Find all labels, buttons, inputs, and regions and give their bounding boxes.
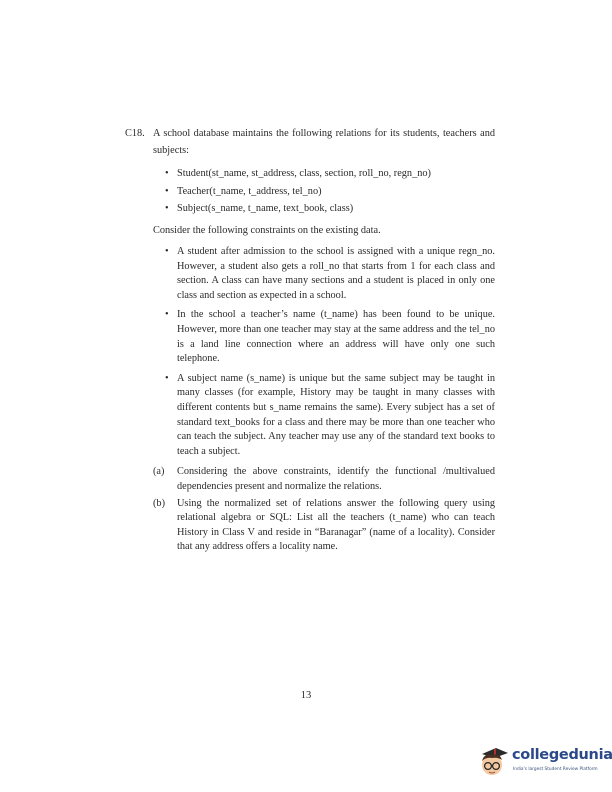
constraint-item: •A student after admission to the school… [165, 245, 495, 303]
brand-tagline: India's largest Student Review Platform [513, 767, 598, 772]
mascot-icon [478, 745, 510, 777]
constraints-list: •A student after admission to the school… [165, 245, 495, 459]
brand-name: collegedunia [512, 747, 612, 763]
bullet-icon: • [165, 308, 169, 323]
document-page: C18. A school database maintains the fol… [0, 0, 612, 792]
page-number: 13 [0, 690, 612, 701]
part-a: (a)Considering the above constraints, id… [153, 465, 495, 494]
constraints-heading: Consider the following constraints on th… [153, 222, 495, 239]
bullet-icon: • [165, 372, 169, 387]
constraint-item: •In the school a teacher’s name (t_name)… [165, 308, 495, 366]
collegedunia-logo: collegedunia India's largest Student Rev… [478, 745, 608, 779]
bullet-icon: • [165, 183, 169, 201]
question-number: C18. [125, 125, 145, 142]
bullet-icon: • [165, 245, 169, 260]
part-b: (b)Using the normalized set of relations… [153, 497, 495, 555]
part-label: (b) [153, 497, 165, 512]
part-label: (a) [153, 465, 164, 480]
bullet-icon: • [165, 200, 169, 218]
question-c18: C18. A school database maintains the fol… [125, 125, 495, 557]
constraint-item: •A subject name (s_name) is unique but t… [165, 372, 495, 460]
relation-item: •Teacher(t_name, t_address, tel_no) [165, 183, 495, 201]
relations-list: •Student(st_name, st_address, class, sec… [165, 165, 495, 218]
relation-item: •Subject(s_name, t_name, text_book, clas… [165, 200, 495, 218]
question-intro: A school database maintains the followin… [153, 125, 495, 159]
question-parts: (a)Considering the above constraints, id… [153, 465, 495, 555]
relation-item: •Student(st_name, st_address, class, sec… [165, 165, 495, 183]
bullet-icon: • [165, 165, 169, 183]
